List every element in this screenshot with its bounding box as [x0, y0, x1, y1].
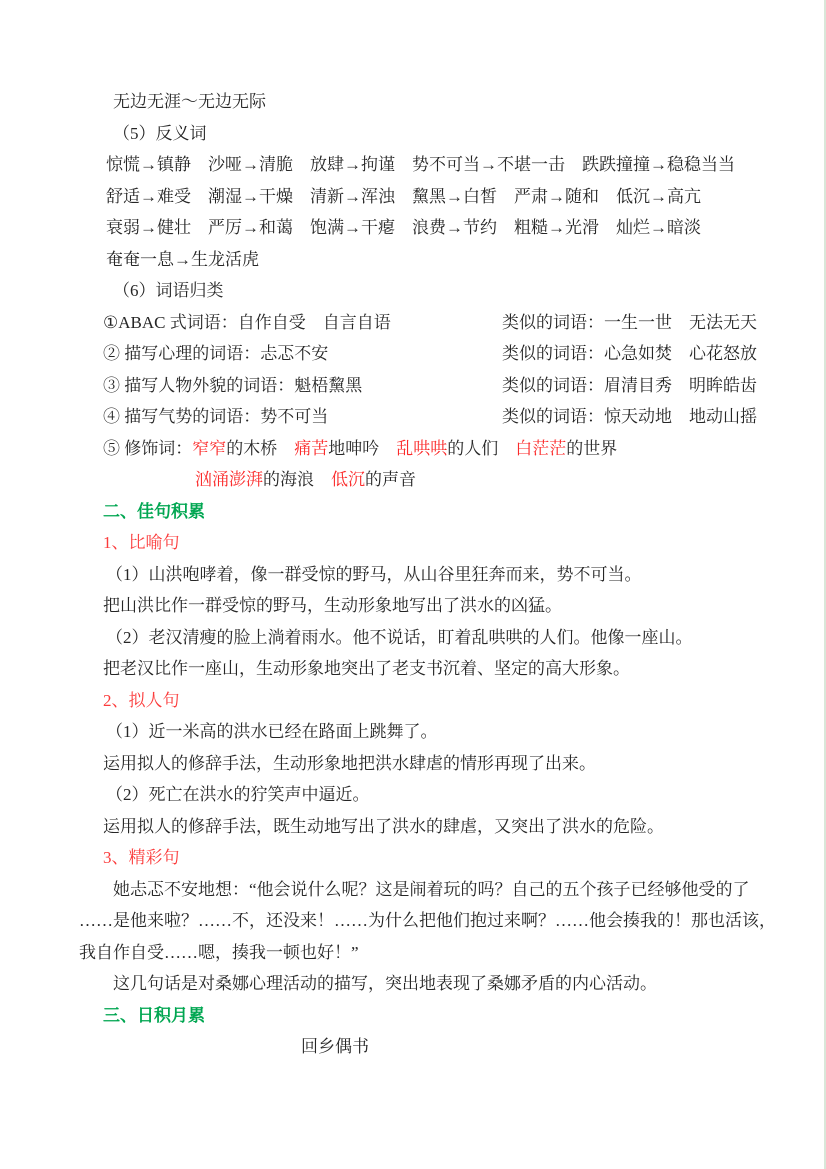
- poem-title: 回乡偶书: [79, 1031, 591, 1063]
- synonym-line: 无边无涯～无边无际: [79, 86, 766, 118]
- antonym-line: 舒适→难受 潮湿→干燥 清新→浑浊 黧黑→白皙 严肃→随和 低沉→高亢: [79, 181, 766, 213]
- quote-line: 她忐忑不安地想：“他会说什么呢？这是闹着玩的吗？自己的五个孩子已经够他受的了: [79, 874, 766, 906]
- antonym-line: 衰弱→健壮 严厉→和蔼 饱满→干瘪 浪费→节约 粗糙→光滑 灿烂→暗淡: [79, 212, 766, 244]
- classify-row-right: 类似的词语：心急如焚 心花怒放: [478, 338, 757, 370]
- subheading-personification: 2、拟人句: [79, 685, 766, 717]
- modifier-line: 汹涌澎湃的海浪 低沉的声音: [79, 464, 766, 496]
- classify-row: ③ 描写人物外貌的词语：魁梧黧黑 类似的词语：眉清目秀 明眸皓齿: [79, 370, 766, 402]
- classify-row: ② 描写心理的词语：忐忑不安 类似的词语：心急如焚 心花怒放: [79, 338, 766, 370]
- sentence-line: 运用拟人的修辞手法，既生动地写出了洪水的肆虐，又突出了洪水的危险。: [79, 811, 766, 843]
- classify-row: ④ 描写气势的词语：势不可当 类似的词语：惊天动地 地动山摇: [79, 401, 766, 433]
- sentence-line: （2）老汉清瘦的脸上淌着雨水。他不说话，盯着乱哄哄的人们。他像一座山。: [79, 622, 766, 654]
- section-heading-sentence-accumulation: 二、佳句积累: [79, 496, 766, 528]
- sentence-line: （1）山洪咆哮着，像一群受惊的野马，从山谷里狂奔而来，势不可当。: [79, 559, 766, 591]
- subheading-metaphor: 1、比喻句: [79, 527, 766, 559]
- antonym-line: 奄奄一息→生龙活虎: [79, 244, 766, 276]
- classify-row-left: ③ 描写人物外貌的词语：魁梧黧黑: [103, 376, 362, 395]
- antonym-line: 惊慌→镇静 沙哑→清脆 放肆→拘谨 势不可当→不堪一击 跌跌撞撞→稳稳当当: [79, 149, 766, 181]
- sentence-line: 把老汉比作一座山，生动形象地突出了老支书沉着、坚定的高大形象。: [79, 653, 766, 685]
- sentence-line: 运用拟人的修辞手法，生动形象地把洪水肆虐的情形再现了出来。: [79, 748, 766, 780]
- classify-row-right: 类似的词语：一生一世 无法无天: [478, 307, 757, 339]
- classify-row-right: 类似的词语：惊天动地 地动山摇: [478, 401, 757, 433]
- document-content: 无边无涯～无边无际 （5）反义词 惊慌→镇静 沙哑→清脆 放肆→拘谨 势不可当→…: [79, 86, 766, 1063]
- classify-row: ①ABAC 式词语：自作自受 自言自语 类似的词语：一生一世 无法无天: [79, 307, 766, 339]
- section-heading-daily-accumulation: 三、日积月累: [79, 1000, 766, 1032]
- analysis-line: 这几句话是对桑娜心理活动的描写，突出地表现了桑娜矛盾的内心活动。: [79, 968, 766, 1000]
- classify-row-right: 类似的词语：眉清目秀 明眸皓齿: [478, 370, 757, 402]
- subheading-brilliant: 3、精彩句: [79, 842, 766, 874]
- modifier-line: ⑤ 修饰词：窄窄的木桥 痛苦地呻吟 乱哄哄的人们 白茫茫的世界: [79, 433, 766, 465]
- sentence-line: 把山洪比作一群受惊的野马，生动形象地写出了洪水的凶猛。: [79, 590, 766, 622]
- quote-line: 我自作自受……嗯，揍我一顿也好！”: [79, 937, 766, 969]
- sentence-line: （2）死亡在洪水的狞笑声中逼近。: [79, 779, 766, 811]
- classify-row-left: ② 描写心理的词语：忐忑不安: [103, 344, 328, 363]
- classify-row-left: ④ 描写气势的词语：势不可当: [103, 407, 328, 426]
- classify-heading: （6）词语归类: [79, 275, 766, 307]
- quote-line: ……是他来啦？……不，还没来！……为什么把他们抱过来啊？……他会揍我的！那也活该…: [79, 905, 766, 937]
- sentence-line: （1）近一米高的洪水已经在路面上跳舞了。: [79, 716, 766, 748]
- document-page: 无边无涯～无边无际 （5）反义词 惊慌→镇静 沙哑→清脆 放肆→拘谨 势不可当→…: [0, 0, 826, 1169]
- classify-row-left: ①ABAC 式词语：自作自受 自言自语: [103, 313, 391, 332]
- antonym-heading: （5）反义词: [79, 118, 766, 150]
